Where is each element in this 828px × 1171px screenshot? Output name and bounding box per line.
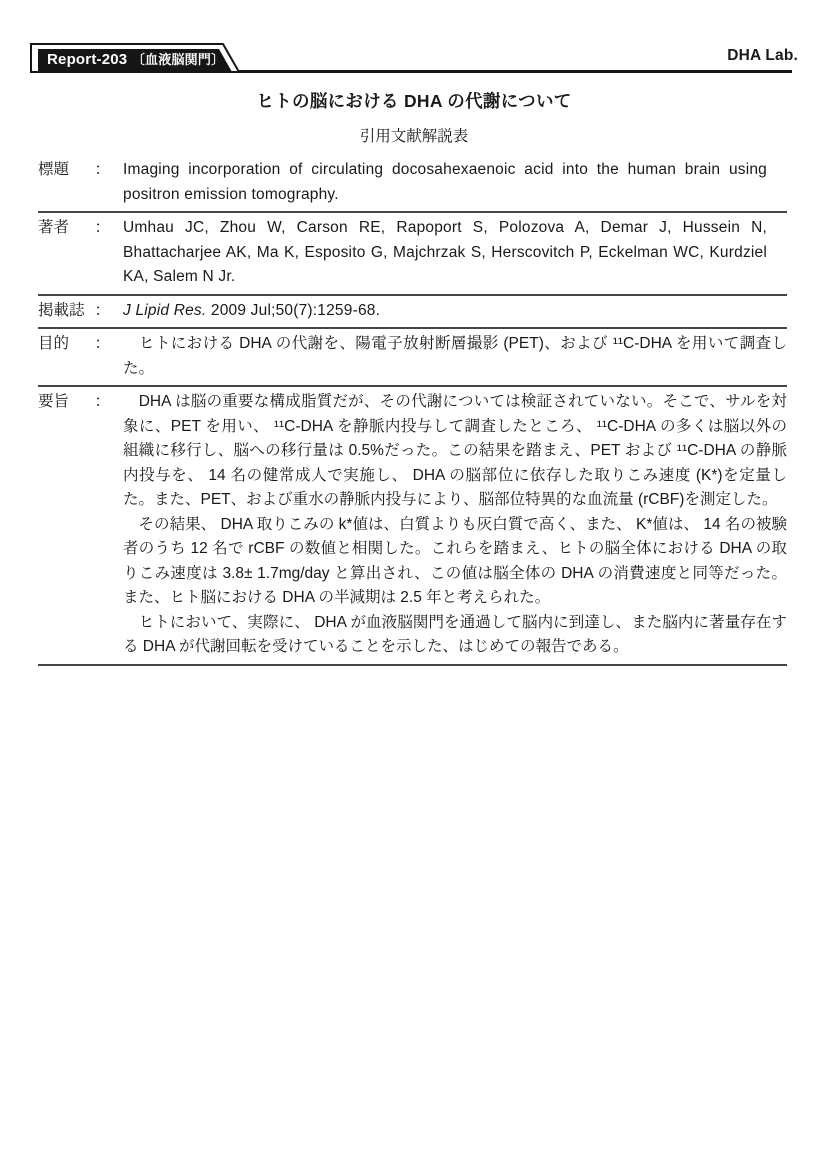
row-label-colon: ：	[94, 390, 110, 415]
table-row-title: 標題 ： Imaging incorporation of circulatin…	[38, 155, 787, 213]
row-label-text: 掲載誌	[38, 299, 85, 324]
journal-name-italic: J Lipid Res.	[123, 302, 206, 319]
brand-label: DHA Lab.	[727, 47, 798, 65]
row-label-title: 標題 ：	[38, 158, 110, 183]
table-row-purpose: 目的 ： ヒトにおける DHA の代謝を、陽電子放射断層撮影 (PET)、および…	[38, 329, 787, 387]
title-text: Imaging incorporation of circulating doc…	[123, 158, 787, 207]
row-label-text: 目的	[38, 332, 69, 357]
row-label-text: 標題	[38, 158, 69, 183]
report-number-label: Report-203	[47, 51, 127, 68]
row-label-abstract: 要旨 ：	[38, 390, 110, 415]
row-label-purpose: 目的 ：	[38, 332, 110, 357]
purpose-text: ヒトにおける DHA の代謝を、陽電子放射断層撮影 (PET)、および ¹¹C-…	[123, 332, 787, 381]
row-label-colon: ：	[94, 332, 110, 357]
page-subtitle: 引用文献解説表	[0, 124, 828, 146]
report-document-page: Report-203 〔血液脳関門〕 DHA Lab. ヒトの脳における DHA…	[0, 41, 828, 666]
abstract-text: DHA は脳の重要な構成脂質だが、その代謝については検証されていない。そこで、サ…	[123, 390, 787, 660]
report-tab: Report-203 〔血液脳関門〕	[30, 43, 245, 73]
journal-text: J Lipid Res. 2009 Jul;50(7):1259-68.	[123, 299, 787, 324]
table-row-authors: 著者 ： Umhau JC, Zhou W, Carson RE, Rapopo…	[38, 213, 787, 296]
row-label-colon: ：	[94, 216, 110, 241]
page-header: Report-203 〔血液脳関門〕 DHA Lab.	[30, 41, 792, 73]
report-tab-label: Report-203 〔血液脳関門〕	[47, 49, 224, 69]
report-topic-label: 〔血液脳関門〕	[132, 52, 224, 67]
abstract-paragraph-2: その結果、 DHA 取りこみの k*値は、白質よりも灰白質で高く、また、 K*値…	[123, 513, 787, 611]
journal-citation-rest: 2009 Jul;50(7):1259-68.	[206, 302, 380, 319]
abstract-paragraph-1: DHA は脳の重要な構成脂質だが、その代謝については検証されていない。そこで、サ…	[123, 390, 787, 513]
row-label-journal: 掲載誌 ：	[38, 299, 110, 324]
page-title: ヒトの脳における DHA の代謝について	[0, 88, 828, 113]
row-label-colon: ：	[94, 158, 110, 183]
table-row-abstract: 要旨 ： DHA は脳の重要な構成脂質だが、その代謝については検証されていない。…	[38, 387, 787, 666]
table-row-journal: 掲載誌 ： J Lipid Res. 2009 Jul;50(7):1259-6…	[38, 296, 787, 330]
authors-text: Umhau JC, Zhou W, Carson RE, Rapoport S,…	[123, 216, 787, 290]
citation-table: 標題 ： Imaging incorporation of circulatin…	[38, 155, 787, 666]
row-label-text: 著者	[38, 216, 69, 241]
row-label-text: 要旨	[38, 390, 69, 415]
abstract-paragraph-3: ヒトにおいて、実際に、 DHA が血液脳関門を通過して脳内に到達し、また脳内に著…	[123, 611, 787, 660]
row-label-colon: ：	[94, 299, 110, 324]
row-label-authors: 著者 ：	[38, 216, 110, 241]
